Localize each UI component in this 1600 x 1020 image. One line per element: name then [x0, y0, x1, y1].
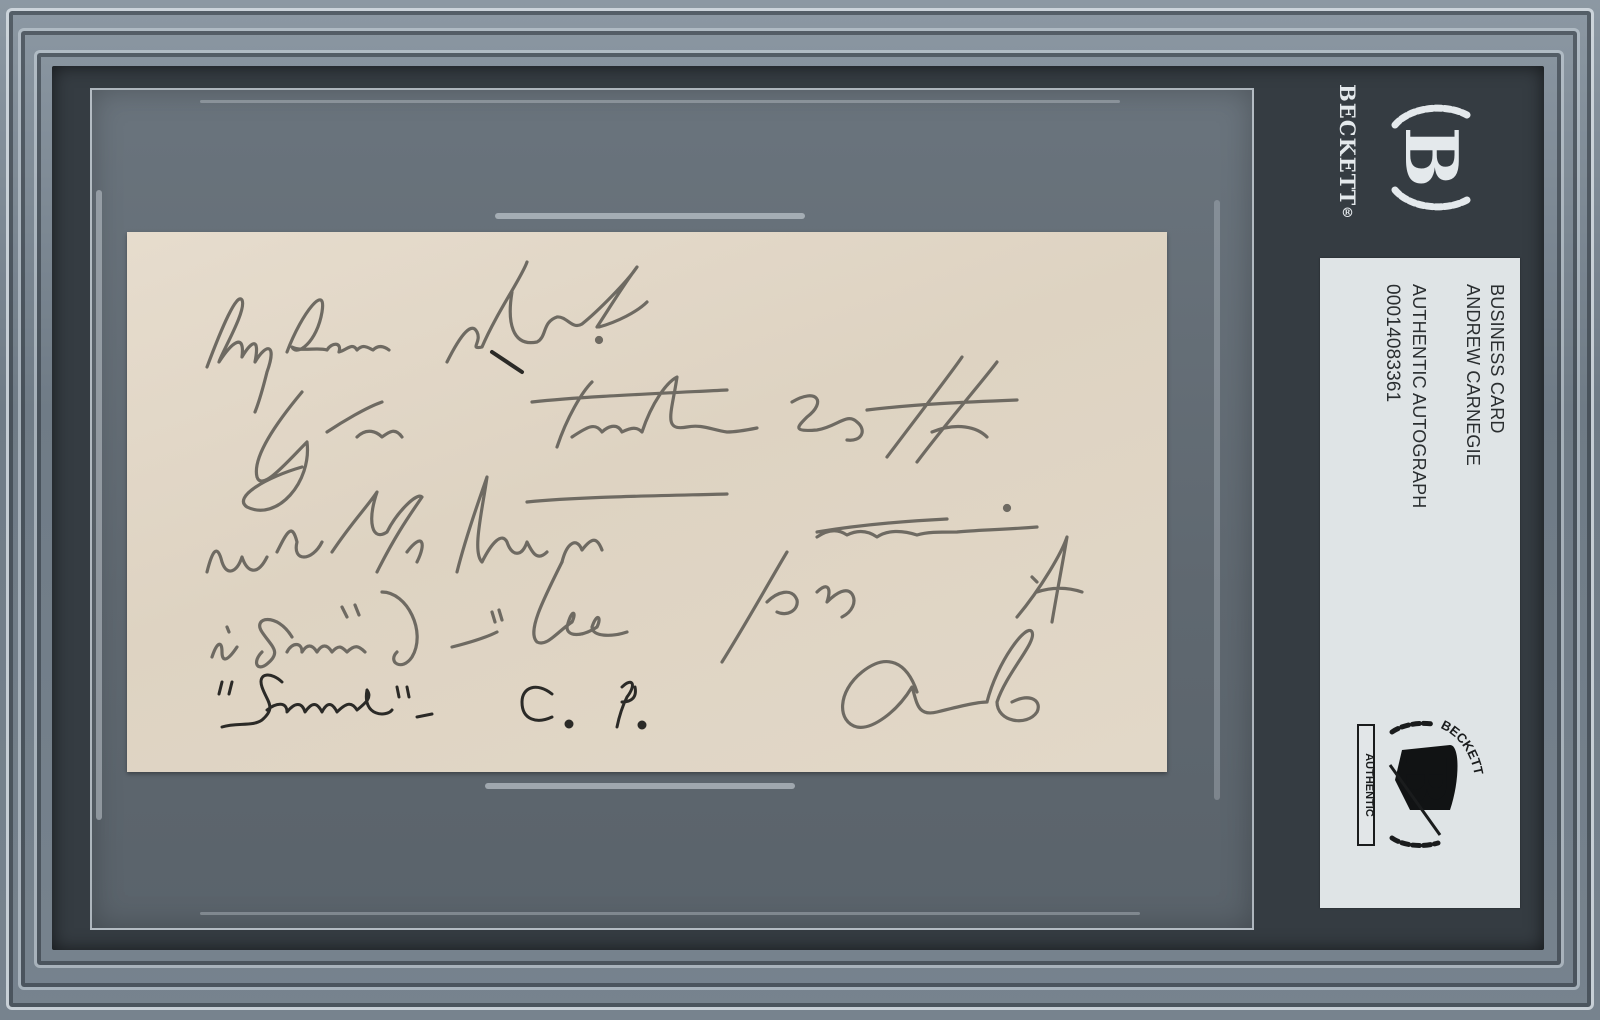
svg-text:B: B — [1388, 755, 1458, 806]
holder-edge-top — [200, 100, 1120, 103]
registered-mark: ® — [1340, 206, 1355, 222]
holder-edge-bottom — [200, 912, 1140, 915]
graded-slab: BECKETT® B BUSINESS CARD ANDREW CARNEGIE… — [0, 0, 1600, 1020]
holder-clip-bottom — [485, 783, 795, 789]
beckett-wordmark: BECKETT® — [1335, 84, 1360, 222]
label-player-name: ANDREW CARNEGIE — [1464, 284, 1482, 466]
handwriting-image — [127, 232, 1167, 772]
autographed-business-card — [127, 232, 1167, 772]
holder-clip-left — [96, 190, 102, 820]
label-authentication: AUTHENTIC AUTOGRAPH — [1410, 284, 1428, 509]
svg-text:B: B — [1389, 127, 1474, 188]
svg-text:AUTHENTIC: AUTHENTIC — [1363, 753, 1375, 817]
beckett-logo-icon: B — [1375, 95, 1485, 220]
holder-clip-top — [495, 213, 805, 219]
beckett-authentic-seal-icon: AUTHENTIC B BECKETT — [1340, 710, 1490, 860]
label-item-type: BUSINESS CARD — [1488, 284, 1506, 434]
label-cert-number: 00014083361 — [1383, 284, 1402, 402]
holder-rail-right — [1214, 200, 1220, 800]
grader-name: BECKETT — [1335, 84, 1360, 206]
